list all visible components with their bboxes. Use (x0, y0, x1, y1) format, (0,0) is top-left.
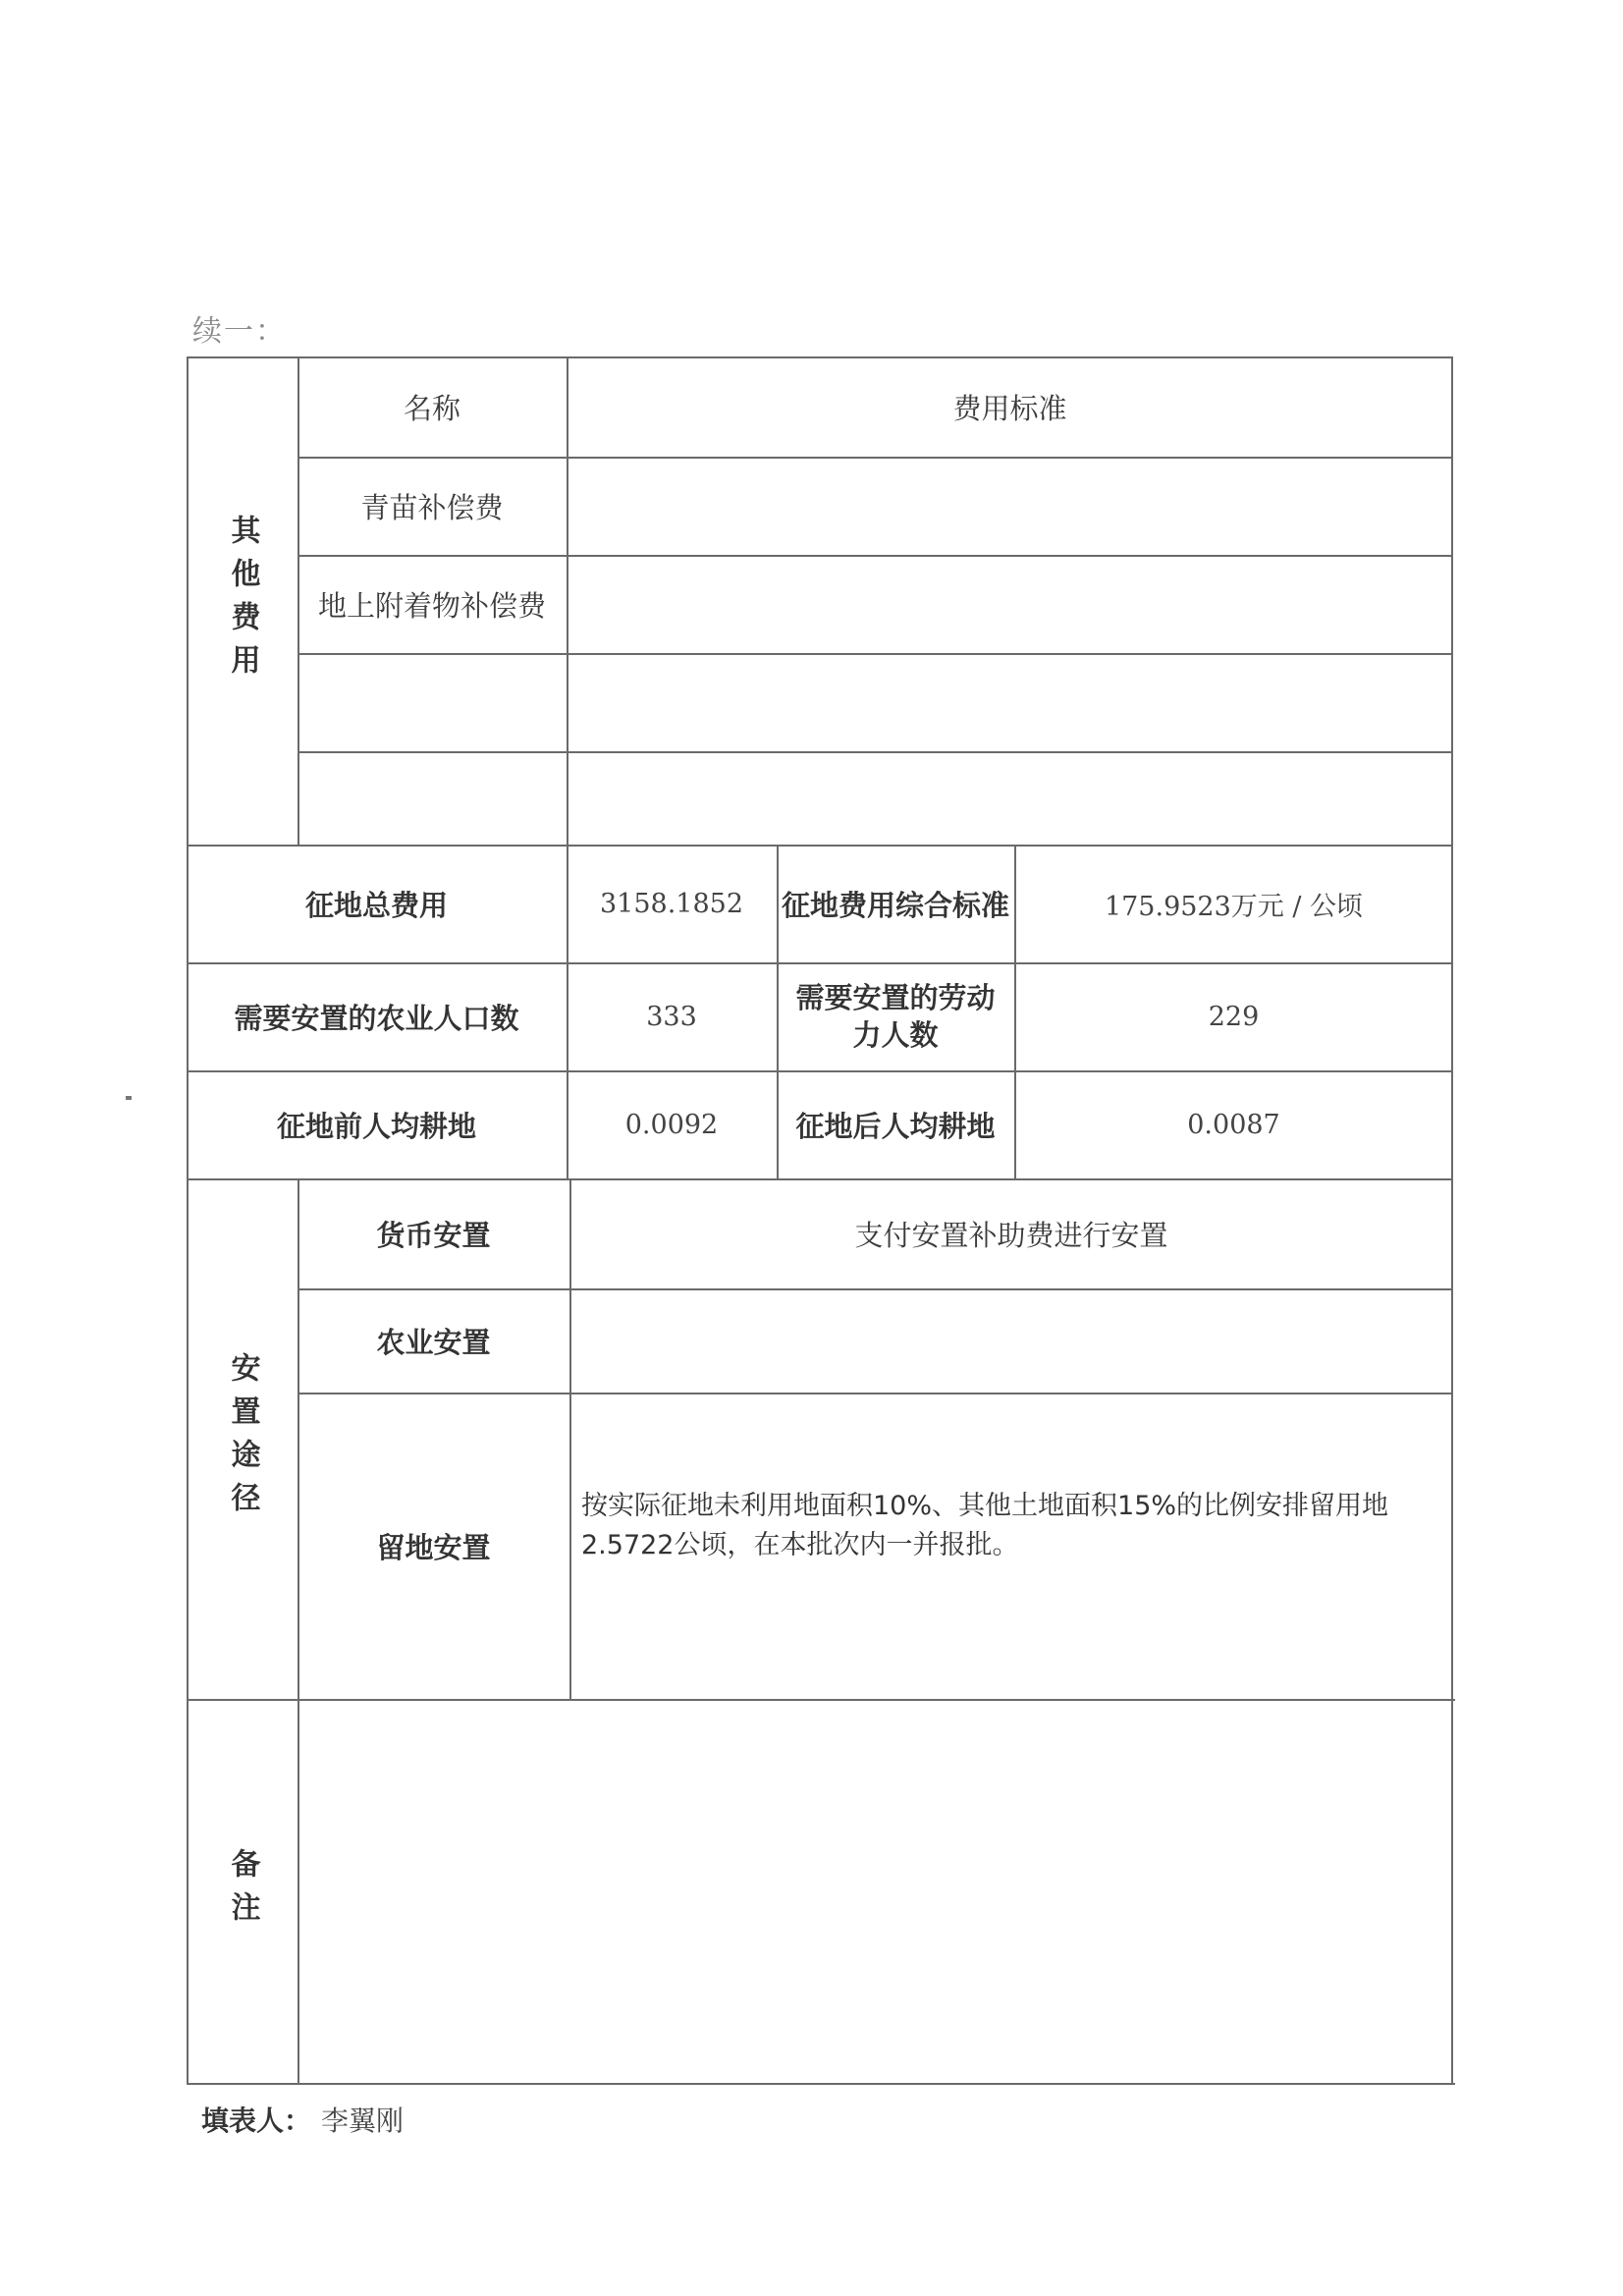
land-acquisition-table: 其他费用 名称 费用标准 青苗补偿费 地上附着物补偿费 征地总费用 3158.1… (187, 356, 1453, 2085)
labor-count-label: 需要安置的劳动力人数 (777, 962, 1014, 1070)
resettlement-section-label-cell: 安置途径 (187, 1178, 298, 1699)
fee-name-cell (298, 653, 567, 751)
fee-standard-cell (567, 653, 1453, 751)
resettlement-type-content (569, 1288, 1453, 1393)
fee-standard-cell (567, 751, 1453, 845)
farmland-after-value: 0.0087 (1014, 1070, 1453, 1178)
other-fees-section-label: 其他费用 (221, 515, 264, 687)
fee-standard-cell (567, 555, 1453, 653)
header-name: 名称 (298, 356, 567, 457)
filler-signature: 填表人：李翼刚 (201, 2100, 404, 2139)
resettlement-type-name: 货币安置 (298, 1178, 569, 1288)
remarks-content (299, 1699, 1453, 2083)
scan-speck (126, 1096, 132, 1100)
remarks-section-label: 备注 (221, 1848, 264, 1935)
filler-name: 李翼刚 (321, 2105, 404, 2137)
remarks-section-label-cell: 备注 (187, 1699, 298, 2083)
composite-standard-value: 175.9523万元 / 公顷 (1014, 845, 1453, 962)
fee-name-cell: 青苗补偿费 (298, 457, 567, 555)
fee-standard-cell (567, 457, 1453, 555)
farmland-before-label: 征地前人均耕地 (187, 1070, 567, 1178)
resettlement-type-content: 按实际征地未利用地面积10%、其他土地面积15%的比例安排留用地2.5722公顷… (571, 1393, 1453, 1699)
other-fees-section-label-cell: 其他费用 (187, 356, 298, 845)
fee-name-cell (298, 751, 567, 845)
composite-standard-label: 征地费用综合标准 (777, 845, 1014, 962)
total-cost-label: 征地总费用 (187, 845, 567, 962)
farmland-before-value: 0.0092 (567, 1070, 777, 1178)
total-cost-value: 3158.1852 (567, 845, 777, 962)
table-border-bottom (187, 2083, 1455, 2085)
resettlement-section-label: 安置途径 (221, 1352, 264, 1525)
agri-population-label: 需要安置的农业人口数 (187, 962, 567, 1070)
resettlement-type-content: 支付安置补助费进行安置 (569, 1178, 1453, 1288)
continuation-label: 续一： (192, 306, 287, 350)
labor-count-value: 229 (1014, 962, 1453, 1070)
resettlement-type-name: 农业安置 (298, 1288, 569, 1393)
agri-population-value: 333 (567, 962, 777, 1070)
filler-label: 填表人： (201, 2105, 311, 2137)
resettlement-type-name: 留地安置 (298, 1393, 569, 1699)
reserved-land-description: 按实际征地未利用地面积10%、其他土地面积15%的比例安排留用地2.5722公顷… (581, 1487, 1443, 1565)
farmland-after-label: 征地后人均耕地 (777, 1070, 1014, 1178)
header-standard: 费用标准 (567, 356, 1453, 457)
fee-name-cell: 地上附着物补偿费 (298, 555, 567, 653)
